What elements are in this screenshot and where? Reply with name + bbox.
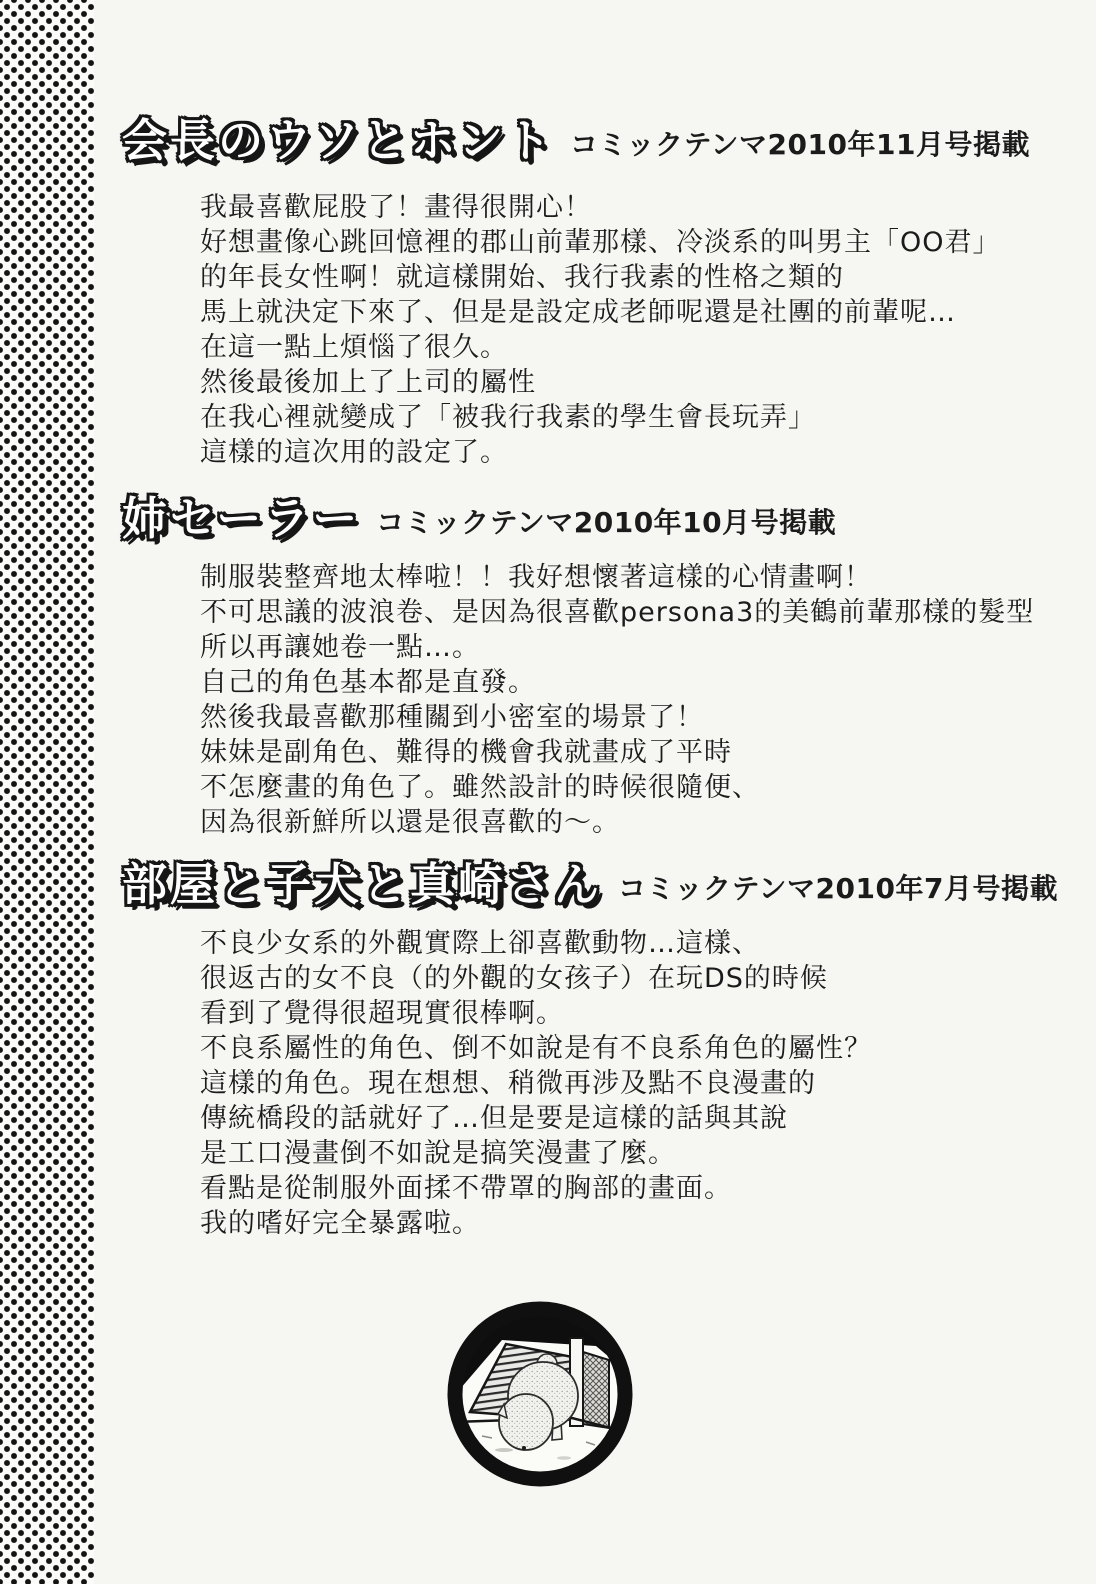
body-line: 然後我最喜歡那種關到小密室的場景了！ xyxy=(200,700,1034,735)
publication-note: コミックテンマ2010年11月号掲載 xyxy=(570,123,1030,169)
halftone-dot-band xyxy=(0,0,94,1584)
body-line: 不良系屬性的角色、倒不如說是有不良系角色的屬性？ xyxy=(200,1031,872,1066)
body-line: 然後最後加上了上司的屬性 xyxy=(200,365,1001,400)
publication-note: コミックテンマ2010年10月号掲載 xyxy=(376,501,836,547)
body-line: 馬上就決定下來了、但是是設定成老師呢還是社團的前輩呢… xyxy=(200,295,1001,330)
body-line: 不可思議的波浪卷、是因為很喜歡persona3的美鶴前輩那樣的髮型 xyxy=(200,595,1034,630)
section-body: 制服裝整齊地太棒啦！！我好想懷著這樣的心情畫啊！ 不可思議的波浪卷、是因為很喜歡… xyxy=(200,560,1034,840)
body-line: 因為很新鮮所以還是很喜歡的～。 xyxy=(200,805,1034,840)
body-line: 傳統橋段的話就好了…但是要是這樣的話與其說 xyxy=(200,1101,872,1136)
body-line: 看點是從制服外面揉不帶罩的胸部的畫面。 xyxy=(200,1171,872,1206)
puppy-at-door-icon xyxy=(446,1300,634,1488)
section-kaichou: 会長のウソとホント コミックテンマ2010年11月号掲載 xyxy=(122,104,1030,169)
body-line: 不良少女系的外觀實際上卻喜歡動物…這樣、 xyxy=(200,926,872,961)
body-line: 很返古的女不良（的外觀的女孩子）在玩DS的時候 xyxy=(200,961,872,996)
body-line: 在我心裡就變成了「被我行我素的學生會長玩弄」 xyxy=(200,400,1001,435)
body-line: 這樣的這次用的設定了。 xyxy=(200,435,1001,470)
section-body: 不良少女系的外觀實際上卻喜歡動物…這樣、 很返古的女不良（的外觀的女孩子）在玩D… xyxy=(200,926,872,1241)
publication-note: コミックテンマ2010年7月号掲載 xyxy=(618,867,1058,913)
section-body: 我最喜歡屁股了！畫得很開心！ 好想畫像心跳回憶裡的郡山前輩那樣、冷淡系的叫男主「… xyxy=(200,190,1001,470)
section-header: 姉セーラー コミックテンマ2010年10月号掲載 xyxy=(122,482,836,547)
body-line: 看到了覺得很超現實很棒啊。 xyxy=(200,996,872,1031)
puppy-circle-illustration xyxy=(446,1300,634,1488)
section-header: 部屋と子犬と真崎さん コミックテンマ2010年7月号掲載 xyxy=(122,848,1058,913)
section-title: 姉セーラー xyxy=(122,482,360,547)
section-ane-sailor: 姉セーラー コミックテンマ2010年10月号掲載 xyxy=(122,482,836,547)
body-line: 自己的角色基本都是直發。 xyxy=(200,665,1034,700)
section-header: 会長のウソとホント コミックテンマ2010年11月号掲載 xyxy=(122,104,1030,169)
body-line: 所以再讓她卷一點…。 xyxy=(200,630,1034,665)
body-line: 制服裝整齊地太棒啦！！我好想懷著這樣的心情畫啊！ xyxy=(200,560,1034,595)
afterword-page: 会長のウソとホント コミックテンマ2010年11月号掲載 我最喜歡屁股了！畫得很… xyxy=(0,0,1096,1584)
body-line: 好想畫像心跳回憶裡的郡山前輩那樣、冷淡系的叫男主「OO君」 xyxy=(200,225,1001,260)
body-line: 在這一點上煩惱了很久。 xyxy=(200,330,1001,365)
body-line: 是工口漫畫倒不如說是搞笑漫畫了麼。 xyxy=(200,1136,872,1171)
body-line: 妹妹是副角色、難得的機會我就畫成了平時 xyxy=(200,735,1034,770)
body-line: 的年長女性啊！就這樣開始、我行我素的性格之類的 xyxy=(200,260,1001,295)
section-title: 部屋と子犬と真崎さん xyxy=(122,848,602,913)
section-heya-koinu-masaki: 部屋と子犬と真崎さん コミックテンマ2010年7月号掲載 xyxy=(122,848,1058,913)
body-line: 我最喜歡屁股了！畫得很開心！ xyxy=(200,190,1001,225)
body-line: 這樣的角色。現在想想、稍微再涉及點不良漫畫的 xyxy=(200,1066,872,1101)
section-title: 会長のウソとホント xyxy=(122,104,554,169)
body-line: 我的嗜好完全暴露啦。 xyxy=(200,1206,872,1241)
body-line: 不怎麼畫的角色了。雖然設計的時候很隨便、 xyxy=(200,770,1034,805)
